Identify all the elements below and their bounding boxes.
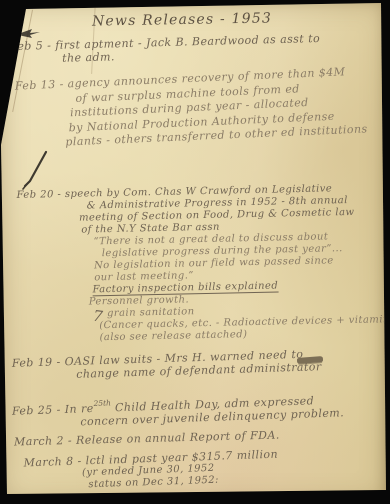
entry-feb5: Feb 5 - first aptment - Jack B. Beardwoo… <box>10 32 321 67</box>
entry-feb13: Feb 13 - agency announces recovery of mo… <box>15 64 368 152</box>
entry-feb25: Feb 25 - In re25th Child Health Day, adm… <box>12 388 345 431</box>
grain-sanitation-text: grain sanitation <box>107 306 195 319</box>
feb25-superscript: 25th <box>93 398 111 408</box>
entry-mar2: March 2 - Release on annual Report of FD… <box>14 429 280 449</box>
entry-feb20: Feb 20 - speech by Com. Chas W Crawford … <box>16 182 390 346</box>
entry-feb19: Feb 19 - OASI law suits - Mrs H. warned … <box>12 347 322 384</box>
page-title: News Releases - 1953 <box>92 10 272 29</box>
scanned-note-page: News Releases - 1953 Feb 5 - first aptme… <box>0 0 390 504</box>
entry-mar2-line-1: March 2 - Release on annual Report of FD… <box>14 429 280 449</box>
entry-mar8: March 8 - lctl ind past year $315.7 mill… <box>23 448 279 494</box>
